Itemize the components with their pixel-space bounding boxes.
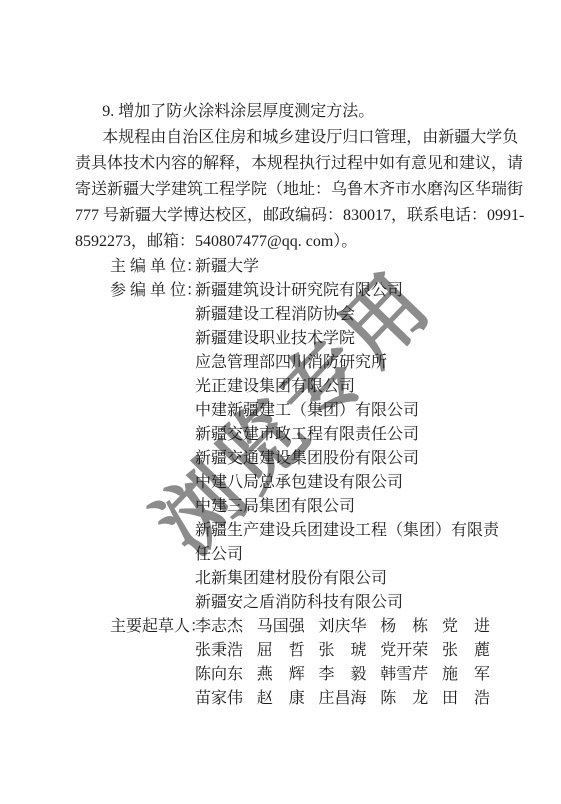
drafter-name: 李志杰 [195,615,243,639]
co-editor-unit: 新疆安之盾消防科技有限公司 [195,591,499,615]
co-editor-unit: 任公司 [195,543,499,567]
drafter-name: 施 军 [442,663,490,687]
drafter-name: 党开荣 [380,639,428,663]
co-editor-unit: 新疆建设工程消防协会 [195,303,499,327]
revision-item-9: 9. 增加了防火涂料涂层厚度测定方法。 [75,99,490,125]
co-editor-unit: 新疆生产建设兵团建设工程（集团）有限责 [195,519,499,543]
chief-editor-label: 主 编 单 位： [110,255,195,279]
management-paragraph: 本规程由自治区住房和城乡建设厅归口管理，由新疆大学负责具体技术内容的解释，本规程… [75,125,490,255]
drafters-row: 主要起草人： 李志杰马国强刘庆华杨 栋党 进 张秉浩屈 哲张 琥党开荣张 蔍 陈… [75,615,490,711]
drafter-name: 庄昌海 [318,687,366,711]
co-editor-unit: 新疆交通建设集团股份有限公司 [195,447,499,471]
drafter-name: 田 浩 [442,687,490,711]
drafter-name: 马国强 [257,615,305,639]
drafters-label: 主要起草人： [110,615,195,639]
co-editor-units: 新疆建筑设计研究院有限公司新疆建设工程消防协会新疆建设职业技术学院应急管理部四川… [195,279,499,615]
drafter-name: 苗家伟 [195,687,243,711]
chief-editor-row: 主 编 单 位： 新疆大学 [75,255,490,279]
drafters-names: 李志杰马国强刘庆华杨 栋党 进 张秉浩屈 哲张 琥党开荣张 蔍 陈向东燕 辉李 … [195,615,490,711]
drafters-name-line: 李志杰马国强刘庆华杨 栋党 进 [195,615,490,639]
co-editor-unit: 新疆建筑设计研究院有限公司 [195,279,499,303]
paragraph-line: 8592273，邮箱：540807477@qq. com）。 [75,229,490,255]
co-editor-unit: 新疆建设职业技术学院 [195,327,499,351]
drafter-name: 陈向东 [195,663,243,687]
paragraph-line: 寄送新疆大学建筑工程学院（地址：乌鲁木齐市水磨沟区华瑞街 [75,177,490,203]
drafter-name: 赵 康 [257,687,305,711]
drafters-name-line: 陈向东燕 辉李 毅韩雪芹施 军 [195,663,490,687]
drafter-name: 燕 辉 [257,663,305,687]
drafter-name: 杨 栋 [380,615,428,639]
paragraph-line: 责具体技术内容的解释，本规程执行过程中如有意见和建议，请 [75,151,490,177]
co-editor-unit: 中建新疆建工（集团）有限公司 [195,399,499,423]
drafter-name: 李 毅 [318,663,366,687]
co-editor-unit: 新疆交建市政工程有限责任公司 [195,423,499,447]
drafter-name: 张秉浩 [195,639,243,663]
drafter-name: 党 进 [442,615,490,639]
drafter-name: 屈 哲 [257,639,305,663]
editors-block: 主 编 单 位： 新疆大学 参 编 单 位： 新疆建筑设计研究院有限公司新疆建设… [75,255,490,711]
drafter-name: 张 琥 [318,639,366,663]
drafter-name: 张 蔍 [442,639,490,663]
drafter-name: 韩雪芹 [380,663,428,687]
co-editor-unit: 中建八局总承包建设有限公司 [195,471,499,495]
drafters-name-line: 苗家伟赵 康庄昌海陈 龙田 浩 [195,687,490,711]
drafter-name: 陈 龙 [380,687,428,711]
drafters-name-line: 张秉浩屈 哲张 琥党开荣张 蔍 [195,639,490,663]
page-content: 9. 增加了防火涂料涂层厚度测定方法。 本规程由自治区住房和城乡建设厅归口管理，… [0,0,561,711]
paragraph-line: 777 号新疆大学博达校区，邮政编码：830017，联系电话：0991- [75,203,490,229]
co-editors-label: 参 编 单 位： [110,279,195,303]
co-editor-unit: 北新集团建材股份有限公司 [195,567,499,591]
chief-editor-value: 新疆大学 [195,255,490,279]
co-editor-unit: 应急管理部四川消防研究所 [195,351,499,375]
co-editors-row: 参 编 单 位： 新疆建筑设计研究院有限公司新疆建设工程消防协会新疆建设职业技术… [75,279,490,615]
drafter-name: 刘庆华 [318,615,366,639]
paragraph-line: 本规程由自治区住房和城乡建设厅归口管理，由新疆大学负 [75,125,490,151]
co-editor-unit: 中建三局集团有限公司 [195,495,499,519]
document-page: 浏览专用 9. 增加了防火涂料涂层厚度测定方法。 本规程由自治区住房和城乡建设厅… [0,0,561,804]
co-editor-unit: 光正建设集团有限公司 [195,375,499,399]
